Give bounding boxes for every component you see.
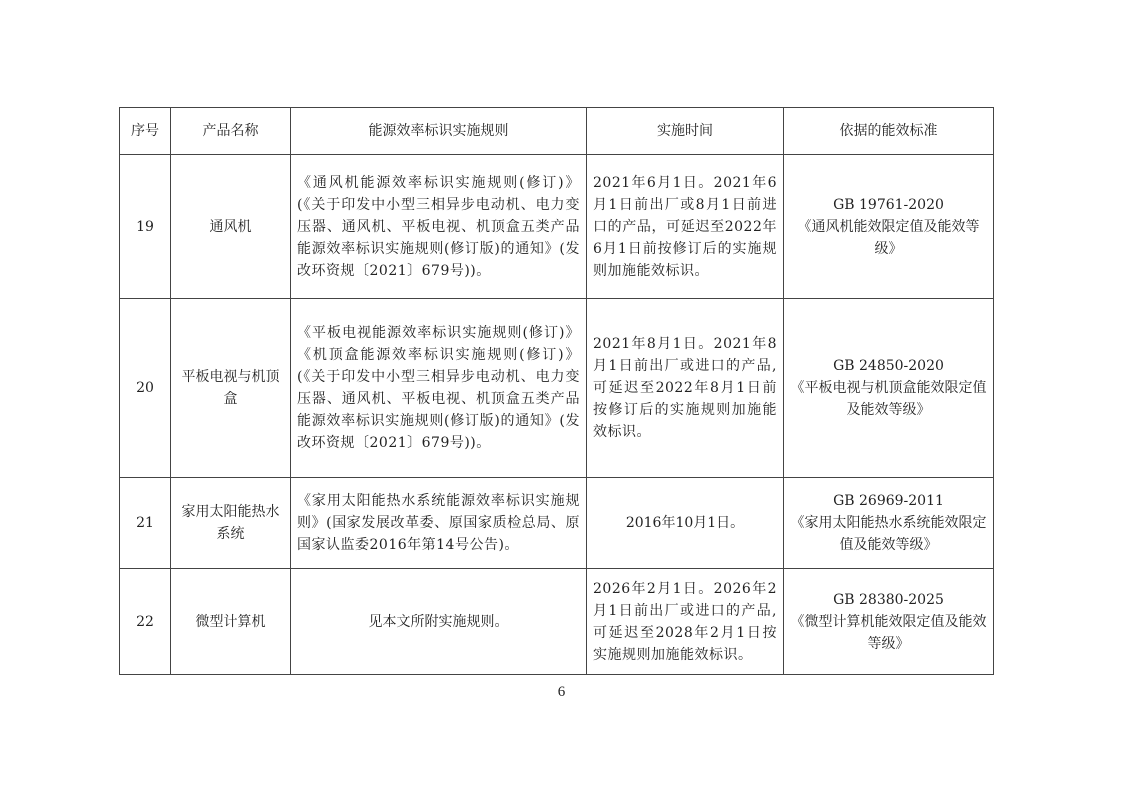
page-number: 6 bbox=[0, 684, 1123, 701]
cell-rule: 见本文所附实施规则。 bbox=[291, 569, 587, 675]
cell-serial: 20 bbox=[120, 299, 171, 478]
cell-serial: 21 bbox=[120, 478, 171, 569]
cell-product: 家用太阳能热水系统 bbox=[171, 478, 291, 569]
table-row: 22 微型计算机 见本文所附实施规则。 2026年2月1日。2026年2月1日前… bbox=[120, 569, 994, 675]
standard-code: GB 26969-2011 bbox=[790, 490, 987, 512]
cell-time: 2021年6月1日。2021年6月1日前出厂或8月1日前进口的产品，可延迟至20… bbox=[587, 155, 784, 299]
header-rule: 能源效率标识实施规则 bbox=[291, 108, 587, 155]
cell-serial: 22 bbox=[120, 569, 171, 675]
table-row: 21 家用太阳能热水系统 《家用太阳能热水系统能源效率标识实施规则》(国家发展改… bbox=[120, 478, 994, 569]
cell-serial: 19 bbox=[120, 155, 171, 299]
header-serial: 序号 bbox=[120, 108, 171, 155]
cell-product: 平板电视与机顶盒 bbox=[171, 299, 291, 478]
cell-standard: GB 28380-2025 《微型计算机能效限定值及能效等级》 bbox=[784, 569, 994, 675]
standard-code: GB 28380-2025 bbox=[790, 589, 987, 611]
cell-standard: GB 24850-2020 《平板电视与机顶盒能效限定值及能效等级》 bbox=[784, 299, 994, 478]
standard-code: GB 24850-2020 bbox=[790, 355, 987, 377]
table-header-row: 序号 产品名称 能源效率标识实施规则 实施时间 依据的能效标准 bbox=[120, 108, 994, 155]
cell-product: 微型计算机 bbox=[171, 569, 291, 675]
table-row: 19 通风机 《通风机能源效率标识实施规则(修订)》(《关于印发中小型三相异步电… bbox=[120, 155, 994, 299]
standard-name: 《通风机能效限定值及能效等级》 bbox=[790, 216, 987, 260]
standard-name: 《家用太阳能热水系统能效限定值及能效等级》 bbox=[790, 512, 987, 556]
cell-standard: GB 19761-2020 《通风机能效限定值及能效等级》 bbox=[784, 155, 994, 299]
cell-time: 2026年2月1日。2026年2月1日前出厂或进口的产品,可延迟至2028年2月… bbox=[587, 569, 784, 675]
cell-standard: GB 26969-2011 《家用太阳能热水系统能效限定值及能效等级》 bbox=[784, 478, 994, 569]
cell-time: 2016年10月1日。 bbox=[587, 478, 784, 569]
header-time: 实施时间 bbox=[587, 108, 784, 155]
standard-name: 《微型计算机能效限定值及能效等级》 bbox=[790, 611, 987, 655]
cell-product: 通风机 bbox=[171, 155, 291, 299]
standard-name: 《平板电视与机顶盒能效限定值及能效等级》 bbox=[790, 377, 987, 421]
table-row: 20 平板电视与机顶盒 《平板电视能源效率标识实施规则(修订)》《机顶盒能源效率… bbox=[120, 299, 994, 478]
header-product: 产品名称 bbox=[171, 108, 291, 155]
header-standard: 依据的能效标准 bbox=[784, 108, 994, 155]
standard-code: GB 19761-2020 bbox=[790, 194, 987, 216]
cell-rule: 《平板电视能源效率标识实施规则(修订)》《机顶盒能源效率标识实施规则(修订)》(… bbox=[291, 299, 587, 478]
cell-time: 2021年8月1日。2021年8月1日前出厂或进口的产品,可延迟至2022年8月… bbox=[587, 299, 784, 478]
cell-rule: 《通风机能源效率标识实施规则(修订)》(《关于印发中小型三相异步电动机、电力变压… bbox=[291, 155, 587, 299]
cell-rule: 《家用太阳能热水系统能源效率标识实施规则》(国家发展改革委、原国家质检总局、原国… bbox=[291, 478, 587, 569]
energy-label-table: 序号 产品名称 能源效率标识实施规则 实施时间 依据的能效标准 19 通风机 《… bbox=[119, 107, 994, 675]
